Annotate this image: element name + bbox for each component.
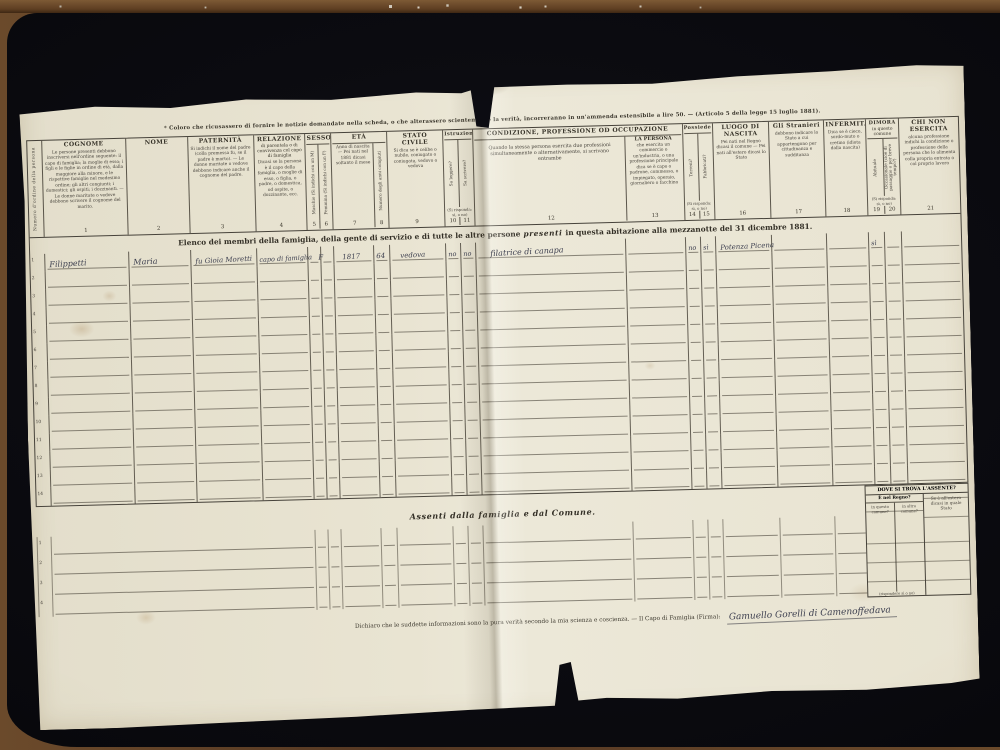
hand-nome: Maria: [133, 257, 158, 267]
row-number: 2: [37, 557, 52, 577]
col-header-sesso: SESSO Maschio (Si indichi con un M) Femm…: [304, 133, 332, 230]
hand-fabbricati: sì: [703, 243, 709, 251]
declaration-text: Dichiaro che le suddette informazioni so…: [355, 614, 721, 630]
cell-nome: Maria: [128, 250, 190, 270]
col-header-stranieri: Gli Stranieri debbono indicare lo Stato …: [768, 120, 825, 217]
assenti-section: Assenti dalla famiglia e dal Comune. 1: [36, 483, 972, 617]
row-number: 6: [32, 344, 46, 362]
subcol-abituale: Abituale: [868, 139, 884, 196]
row-number: 12: [35, 452, 49, 470]
row-number: 8: [33, 380, 47, 398]
chalk-specks: [0, 4, 1, 5]
empty-rows: 2 3: [31, 248, 968, 506]
wood-table-edge: [0, 0, 1000, 13]
cell-dimora-occasionale: [884, 231, 901, 249]
row-number: 9: [34, 398, 48, 416]
subcol-sa-scrivere: Sa scrivere?: [457, 139, 473, 207]
hand-stato-civile: vedova: [400, 251, 425, 260]
census-form-paper: * Coloro che ricusassero di fornire le n…: [19, 61, 981, 731]
cell-sa-leggere: no: [445, 243, 460, 261]
hand-anno-nascita: 1817: [342, 252, 360, 261]
cell-stranieri: [771, 233, 826, 252]
photo-scene: * Coloro che ricusassero di fornire le n…: [0, 0, 1000, 750]
hand-anni-compiuti: 64: [376, 252, 385, 260]
cell-anni-compiuti: 64: [373, 245, 389, 263]
row-number: 5: [32, 326, 46, 344]
hand-sesso: F: [319, 253, 324, 261]
row-number: 3: [38, 577, 53, 597]
subcol-la-persona: LA PERSONA che esercita un commercio o u…: [624, 135, 683, 221]
head-of-family-signature: Gamuello Gorelli di Camenoffedava: [726, 605, 896, 624]
hand-relazione: capo di famiglia: [259, 253, 312, 264]
col-header-relazione: RELAZIONE di parentela o di convivenza c…: [253, 134, 307, 231]
hand-luogo-nascita: Potenza Picena: [720, 241, 774, 252]
cell-anno-nascita: 1817: [333, 245, 373, 264]
col-header-paternita: PATERNITÀ Si indichi il nome del padre (…: [187, 135, 255, 233]
dove-regno-column: È nel Regno? in questo comune? in altro …: [866, 494, 927, 596]
col-header-nome: NOME 2: [125, 137, 189, 235]
subcol-anni-compiuti: Numero degli anni compiuti 8: [373, 143, 388, 227]
subcol-anno-nascita: Anno di nascita — Pei nati nel 1881 dica…: [333, 143, 375, 228]
col-header-possiede: Possiede Terreni? Fabbricati? (Si rispon…: [682, 123, 714, 220]
row-number: 11: [35, 434, 49, 452]
declaration-line: Dichiaro che le suddette informazioni so…: [355, 605, 972, 633]
row-number: 2: [31, 272, 45, 290]
subcol-occasionale: Occasionale (cioè di passaggio o per bre…: [882, 138, 899, 196]
cell-dimora-abituale: sì: [868, 232, 884, 250]
col-header-cognome: COGNOME Le persone presenti debbono insc…: [41, 139, 127, 237]
cell-relazione: capo di famiglia: [256, 247, 308, 266]
cell-stato-civile: vedova: [389, 243, 445, 262]
row-number: 4: [38, 597, 53, 617]
cell-terreni: no: [684, 237, 699, 255]
subcol-femmina: Femmina (Si indichi con un F): [318, 144, 332, 220]
row-number: 1: [37, 537, 52, 557]
col-header-dimora: DIMORA in questo comune Abituale Occasio…: [865, 118, 900, 215]
subcol-fabbricati: Fabbricati?: [697, 133, 713, 201]
row-number: 4: [32, 308, 46, 326]
hand-sa-scrivere: no: [463, 250, 472, 258]
row-number: 10: [34, 416, 48, 434]
hand-sa-leggere: no: [448, 250, 457, 258]
col-header-istruzione: Istruzione Sa leggere? Sa scrivere? (Si …: [442, 130, 474, 227]
cell-sa-scrivere: no: [460, 243, 475, 261]
row-number: 14: [36, 488, 50, 506]
hand-professione: filatrice di canapa: [490, 245, 564, 258]
subcol-condizione-desc: Quando la stessa persona esercita due pr…: [474, 137, 626, 225]
col-header-chi-non-esercita: CHI NON ESERCITA alcuna professione indi…: [898, 117, 960, 215]
cell-infermita: [826, 232, 868, 251]
row-number: 13: [36, 470, 50, 488]
cell-cognome: Filippetti: [44, 252, 128, 272]
hand-dimora-abituale: sì: [871, 239, 877, 247]
dove-altro-comune: in altro comune?: [894, 502, 925, 592]
dove-questo-comune: in questo comune?: [866, 503, 896, 593]
col-header-stato-civile: STATO CIVILE Si dica se è celibe o nubil…: [386, 130, 444, 227]
row-number: 1: [30, 254, 44, 272]
row-number: 7: [33, 362, 47, 380]
cell-luogo-nascita: Potenza Picena: [714, 235, 771, 254]
row-number: 3: [31, 290, 45, 308]
hand-paternita: fu Gioia Moretti: [195, 255, 252, 266]
hand-terreni: no: [688, 244, 697, 252]
col-header-eta: ETÀ Anno di nascita — Pei nati nel 1881 …: [330, 132, 388, 229]
table-body: 1 Filippetti Maria fu Gioia Moretti capo…: [30, 230, 967, 506]
cell-fabbricati: sì: [699, 236, 714, 254]
dove-estero-column: Se è all'estero dicasi in quale Stato: [924, 493, 971, 595]
cell-chi-non-esercita: [901, 230, 961, 250]
dove-si-trova-box: DOVE SI TROVA L'ASSENTE? È nel Regno? in…: [864, 483, 971, 598]
col-header-luogo-nascita: LUOGO DI NASCITA Pei nati nel Regno dica…: [711, 122, 770, 219]
col-header-condizione: CONDIZIONE, PROFESSIONE OD OCCUPAZIONE Q…: [472, 124, 684, 225]
cell-la-persona: [625, 237, 685, 257]
col-header-infermita: INFERMITÀ Dica se è cieco, sordo-muto o …: [823, 119, 867, 216]
hand-cognome: Filippetti: [49, 258, 87, 269]
census-table: Numero d'ordine della persona COGNOME Le…: [26, 116, 968, 507]
cell-paternita: fu Gioia Moretti: [190, 248, 256, 268]
